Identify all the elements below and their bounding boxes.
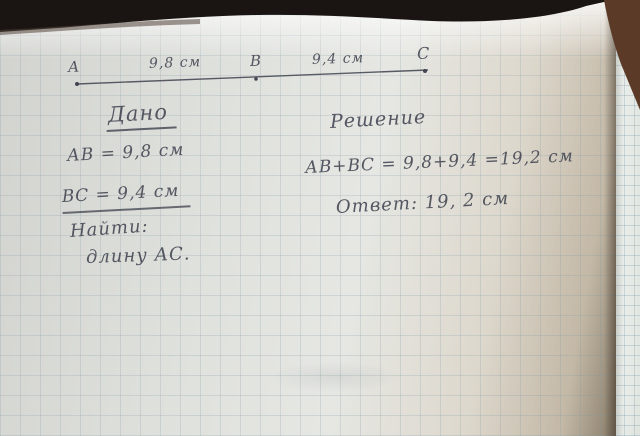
diagram-bc-length-label: 9,4 см bbox=[312, 50, 365, 68]
given-heading: Дано bbox=[105, 99, 176, 132]
diagram-point-c-label: С bbox=[417, 44, 431, 63]
find-target: длину АС. bbox=[86, 243, 191, 268]
point-c-dot bbox=[423, 69, 427, 73]
notebook-photo: А 9,8 см В 9,4 см С Дано АВ = 9,8 см ВС … bbox=[0, 0, 640, 436]
point-b-dot bbox=[254, 77, 258, 81]
diagram-point-a-label: А bbox=[68, 58, 81, 76]
point-a-dot bbox=[75, 82, 79, 86]
pencil-smudge bbox=[260, 360, 410, 394]
diagram-point-b-label: В bbox=[250, 52, 263, 70]
diagram-ab-length-label: 9,8 см bbox=[149, 54, 202, 72]
